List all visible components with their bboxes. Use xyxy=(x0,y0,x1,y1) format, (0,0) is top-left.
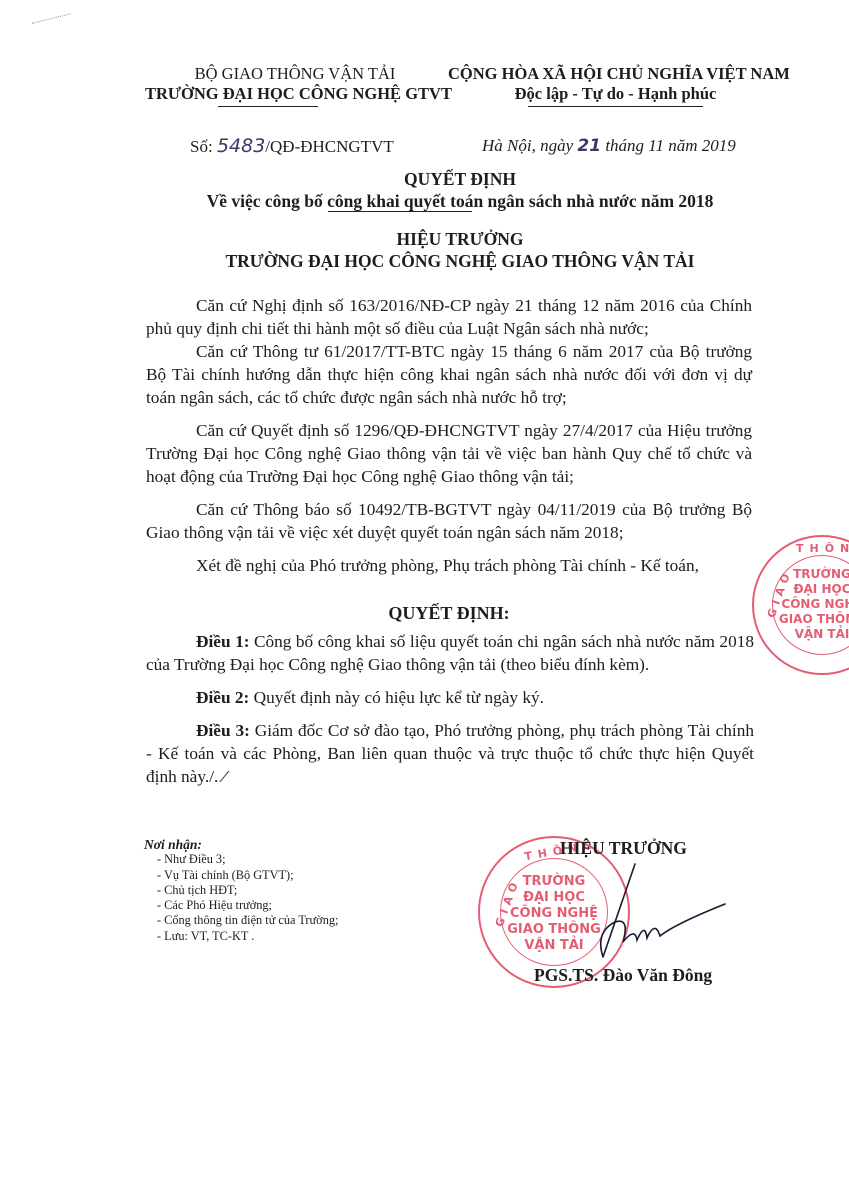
school-name: TRƯỜNG ĐẠI HỌC CÔNG NGHỆ GTVT xyxy=(145,84,445,104)
margin-stamp: THÔN GIAO TRƯỜNG ĐẠI HỌC CÔNG NGHỆ GIAO … xyxy=(752,535,849,675)
signer-name: PGS.TS. Đào Văn Đông xyxy=(534,965,712,986)
ministry-name: BỘ GIAO THÔNG VẬN TẢI xyxy=(145,64,445,84)
recipient-item: - Lưu: VT, TC-KT . xyxy=(157,929,338,944)
scan-artifact xyxy=(32,13,73,29)
stamp-ring-text: THÔN xyxy=(796,542,849,555)
recipient-item: - Vụ Tài chính (Bộ GTVT); xyxy=(157,868,338,883)
article-3: Điều 3: Giám đốc Cơ sở đào tạo, Phó trưở… xyxy=(146,719,754,789)
header-left: BỘ GIAO THÔNG VẬN TẢI TRƯỜNG ĐẠI HỌC CÔN… xyxy=(145,64,445,104)
signer-title: HIỆU TRƯỞNG xyxy=(560,838,687,859)
recipients-list: - Như Điều 3; - Vụ Tài chính (Bộ GTVT); … xyxy=(144,852,338,944)
authority-block: HIỆU TRƯỞNG TRƯỜNG ĐẠI HỌC CÔNG NGHỆ GIA… xyxy=(130,228,790,272)
header-right: CỘNG HÒA XÃ HỘI CHỦ NGHĨA VIỆT NAM Độc l… xyxy=(448,64,783,104)
recipients-heading: Nơi nhận: xyxy=(144,837,338,852)
articles: Điều 1: Công bố công khai số liệu quyết … xyxy=(146,630,754,789)
subject-underline xyxy=(328,211,472,212)
recipient-item: - Như Điều 3; xyxy=(157,852,338,867)
preamble-item: Căn cứ Thông báo số 10492/TB-BGTVT ngày … xyxy=(146,498,752,544)
header-right-underline xyxy=(528,106,703,107)
recipient-item: - Chủ tịch HĐT; xyxy=(157,883,338,898)
initial-mark-icon: ⁄ xyxy=(218,768,225,786)
recipient-item: - Các Phó Hiệu trưởng; xyxy=(157,898,338,913)
preamble-item: Căn cứ Thông tư 61/2017/TT-BTC ngày 15 t… xyxy=(146,340,752,409)
header-left-underline xyxy=(218,106,318,107)
place-date: Hà Nội, ngày 21 tháng 11 năm 2019 xyxy=(482,136,736,156)
motto: Độc lập - Tự do - Hạnh phúc xyxy=(448,84,783,104)
signature-icon xyxy=(575,862,735,962)
preamble-item: Xét đề nghị của Phó trưởng phòng, Phụ tr… xyxy=(146,554,752,577)
preamble-item: Căn cứ Nghị định số 163/2016/NĐ-CP ngày … xyxy=(146,294,752,340)
doc-type: QUYẾT ĐỊNH xyxy=(130,168,790,190)
nation-name: CỘNG HÒA XÃ HỘI CHỦ NGHĨA VIỆT NAM xyxy=(448,64,783,84)
handwritten-day: 21 xyxy=(577,136,601,156)
decision-heading: QUYẾT ĐỊNH: xyxy=(146,603,752,624)
doc-subject: Về việc công bố công khai quyết toán ngâ… xyxy=(130,190,790,212)
document-number: Số: 5483/QĐ-ĐHCNGTVT xyxy=(190,136,394,157)
authority-org: TRƯỜNG ĐẠI HỌC CÔNG NGHỆ GIAO THÔNG VẬN … xyxy=(130,250,790,272)
preamble: Căn cứ Nghị định số 163/2016/NĐ-CP ngày … xyxy=(146,294,752,577)
article-2: Điều 2: Quyết định này có hiệu lực kể từ… xyxy=(146,686,754,709)
title-block: QUYẾT ĐỊNH Về việc công bố công khai quy… xyxy=(130,168,790,212)
recipient-item: - Cổng thông tin điện tử của Trường; xyxy=(157,913,338,928)
preamble-item: Căn cứ Quyết định số 1296/QĐ-ĐHCNGTVT ng… xyxy=(146,419,752,488)
article-1: Điều 1: Công bố công khai số liệu quyết … xyxy=(146,630,754,676)
handwritten-number: 5483 xyxy=(217,135,265,157)
stamp-center-text: TRƯỜNG ĐẠI HỌC CÔNG NGHỆ GIAO THÔNG VẬN … xyxy=(754,567,849,642)
recipients: Nơi nhận: - Như Điều 3; - Vụ Tài chính (… xyxy=(144,837,338,944)
authority-title: HIỆU TRƯỞNG xyxy=(130,228,790,250)
